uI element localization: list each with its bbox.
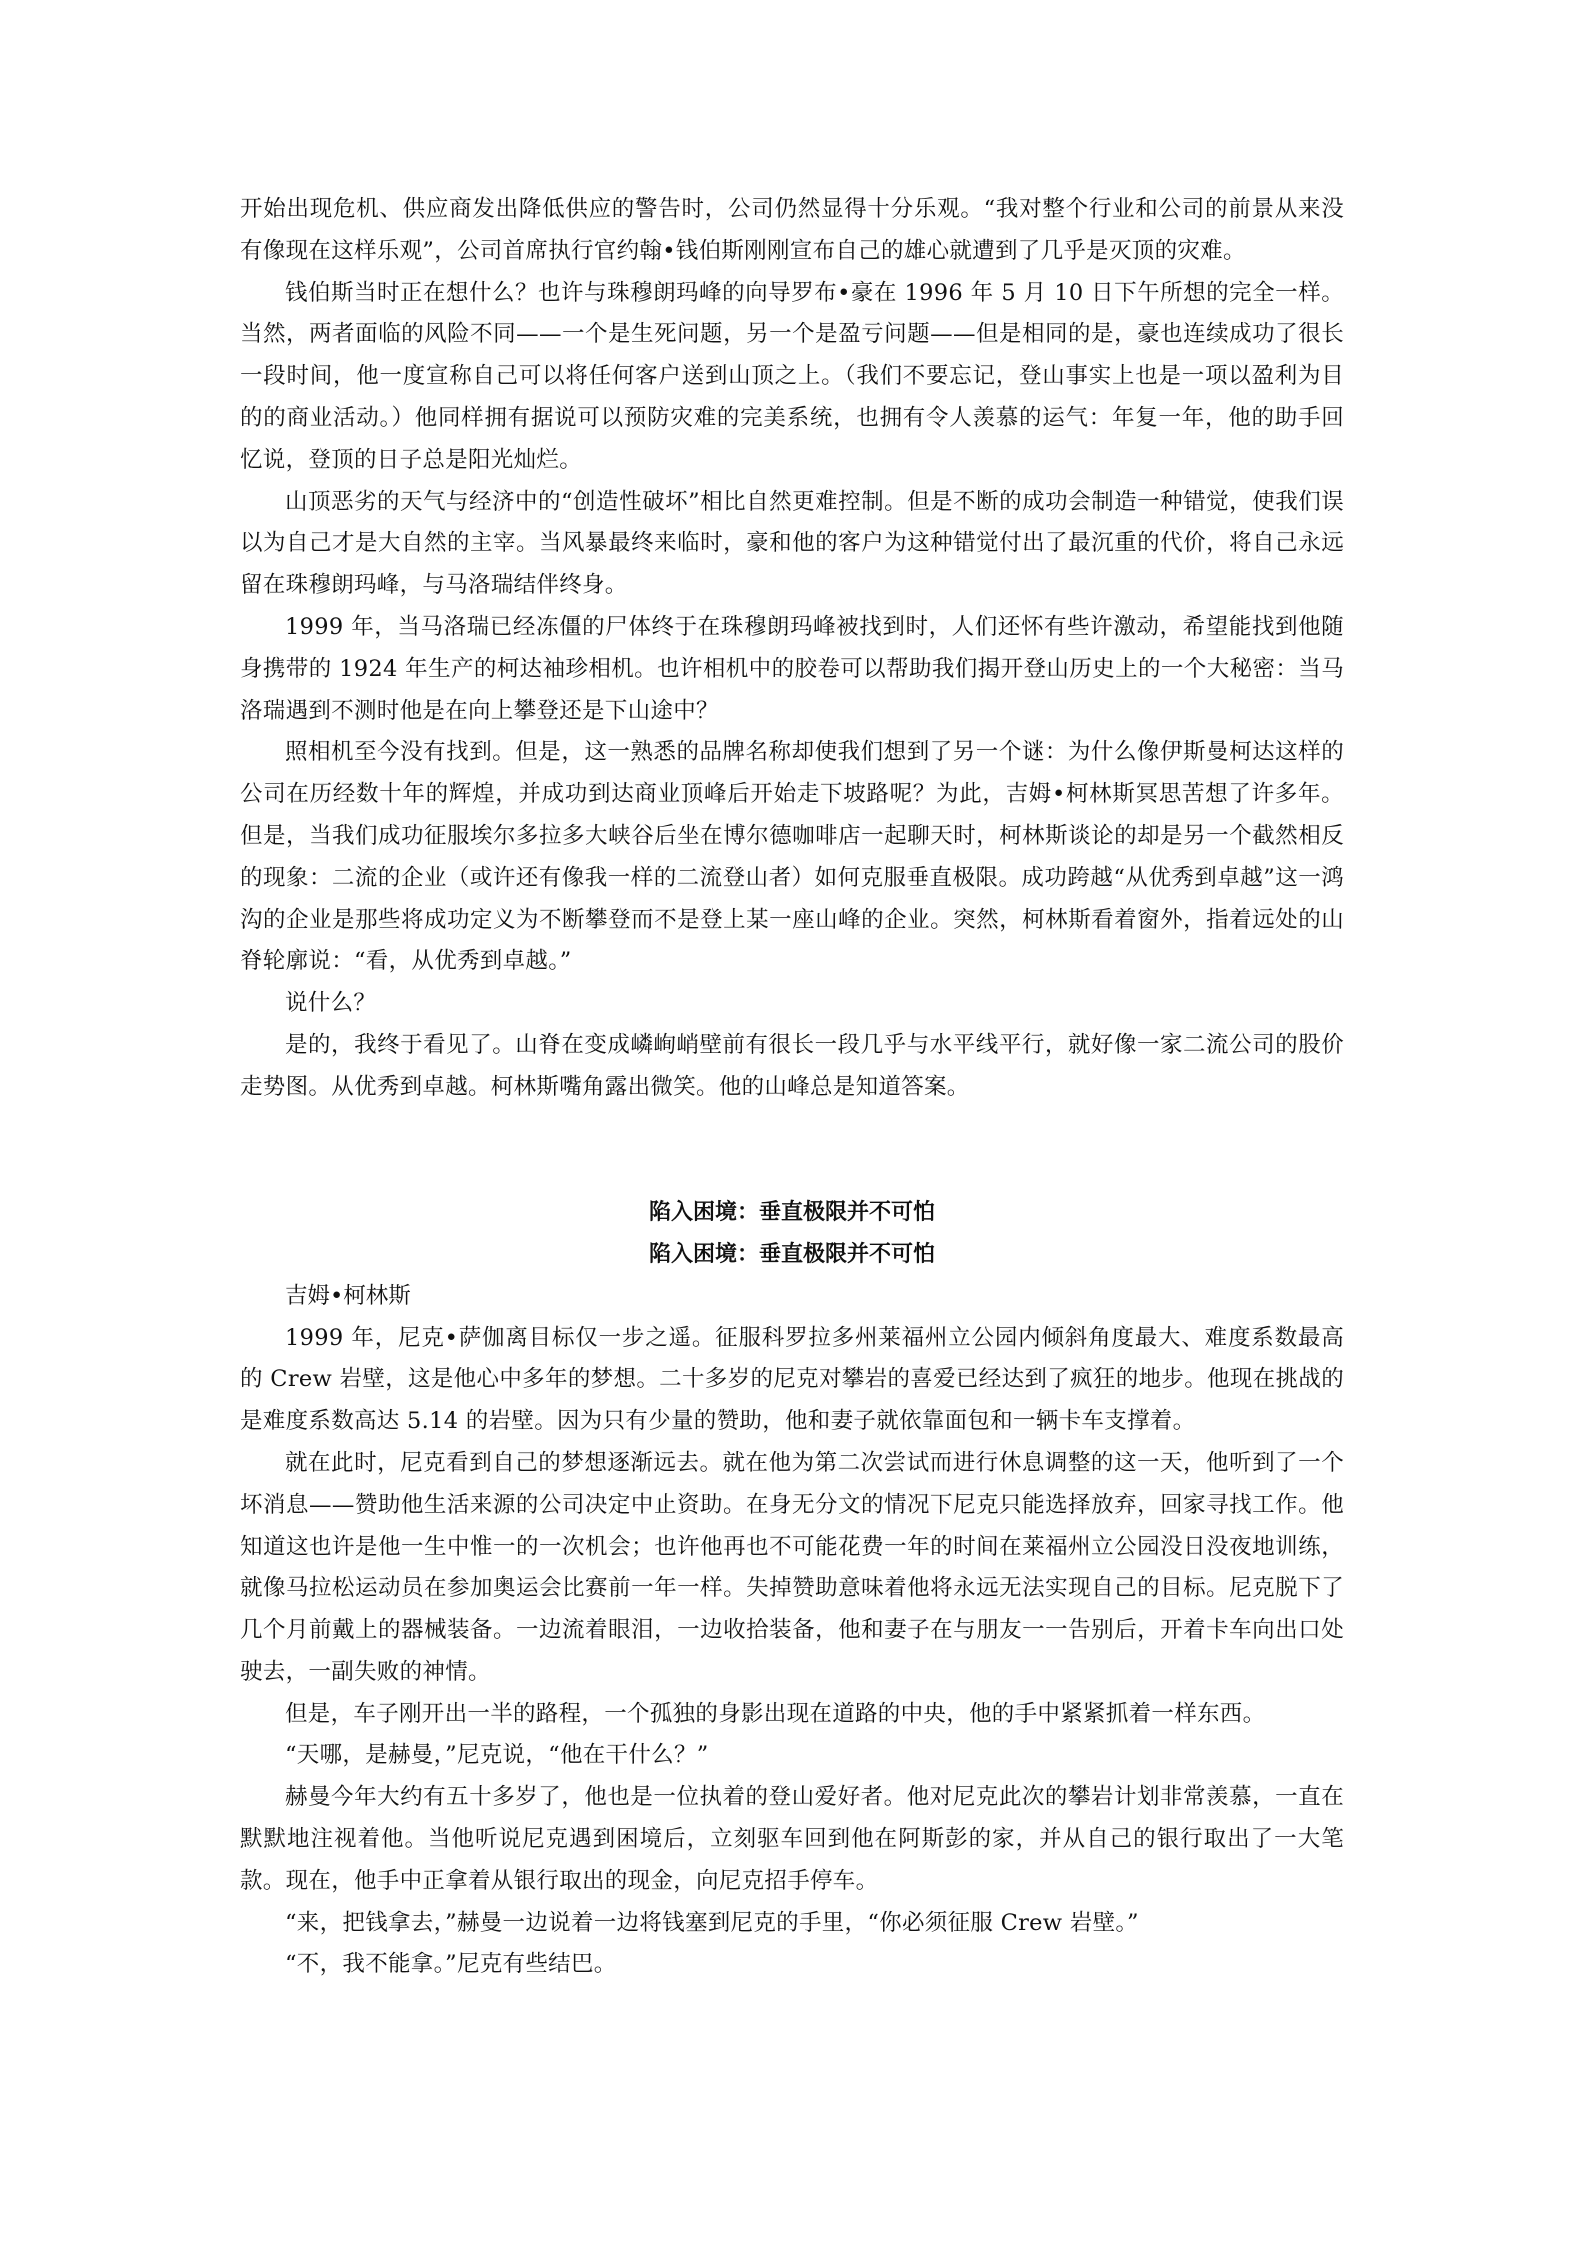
section-intro: 开始出现危机、供应商发出降低供应的警告时，公司仍然显得十分乐观。“我对整个行业和… xyxy=(240,189,1344,1109)
document-page: 开始出现危机、供应商发出降低供应的警告时，公司仍然显得十分乐观。“我对整个行业和… xyxy=(240,189,1344,1986)
paragraph: 照相机至今没有找到。但是，这一熟悉的品牌名称却使我们想到了另一个谜：为什么像伊斯… xyxy=(240,732,1344,983)
paragraph: “天哪，是赫曼，”尼克说，“他在干什么？” xyxy=(240,1735,1344,1777)
author-line: 吉姆•柯林斯 xyxy=(240,1276,1344,1318)
paragraph: 是的，我终于看见了。山脊在变成嶙峋峭壁前有很长一段几乎与水平线平行，就好像一家二… xyxy=(240,1025,1344,1109)
paragraph: 开始出现危机、供应商发出降低供应的警告时，公司仍然显得十分乐观。“我对整个行业和… xyxy=(240,189,1344,273)
paragraph: 1999 年，尼克•萨伽离目标仅一步之遥。征服科罗拉多州莱福州立公园内倾斜角度最… xyxy=(240,1318,1344,1443)
paragraph: “来，把钱拿去，”赫曼一边说着一边将钱塞到尼克的手里，“你必须征服 Crew 岩… xyxy=(240,1903,1344,1945)
paragraph: 钱伯斯当时正在想什么？也许与珠穆朗玛峰的向导罗布•豪在 1996 年 5 月 1… xyxy=(240,273,1344,482)
paragraph: 赫曼今年大约有五十多岁了，他也是一位执着的登山爱好者。他对尼克此次的攀岩计划非常… xyxy=(240,1777,1344,1902)
paragraph: 说什么？ xyxy=(240,983,1344,1025)
section-heading-duplicate: 陷入困境：垂直极限并不可怕 xyxy=(240,1234,1344,1276)
paragraph: 就在此时，尼克看到自己的梦想逐渐远去。就在他为第二次尝试而进行休息调整的这一天，… xyxy=(240,1443,1344,1694)
paragraph: “不，我不能拿。”尼克有些结巴。 xyxy=(240,1944,1344,1986)
section-vertical-limit: 陷入困境：垂直极限并不可怕 陷入困境：垂直极限并不可怕 吉姆•柯林斯 1999 … xyxy=(240,1192,1344,1986)
paragraph: 山顶恶劣的天气与经济中的“创造性破坏”相比自然更难控制。但是不断的成功会制造一种… xyxy=(240,482,1344,607)
section-heading: 陷入困境：垂直极限并不可怕 xyxy=(240,1192,1344,1234)
paragraph: 但是，车子刚开出一半的路程，一个孤独的身影出现在道路的中央，他的手中紧紧抓着一样… xyxy=(240,1694,1344,1736)
section-gap xyxy=(240,1109,1344,1193)
paragraph: 1999 年，当马洛瑞已经冻僵的尸体终于在珠穆朗玛峰被找到时，人们还怀有些许激动… xyxy=(240,607,1344,732)
